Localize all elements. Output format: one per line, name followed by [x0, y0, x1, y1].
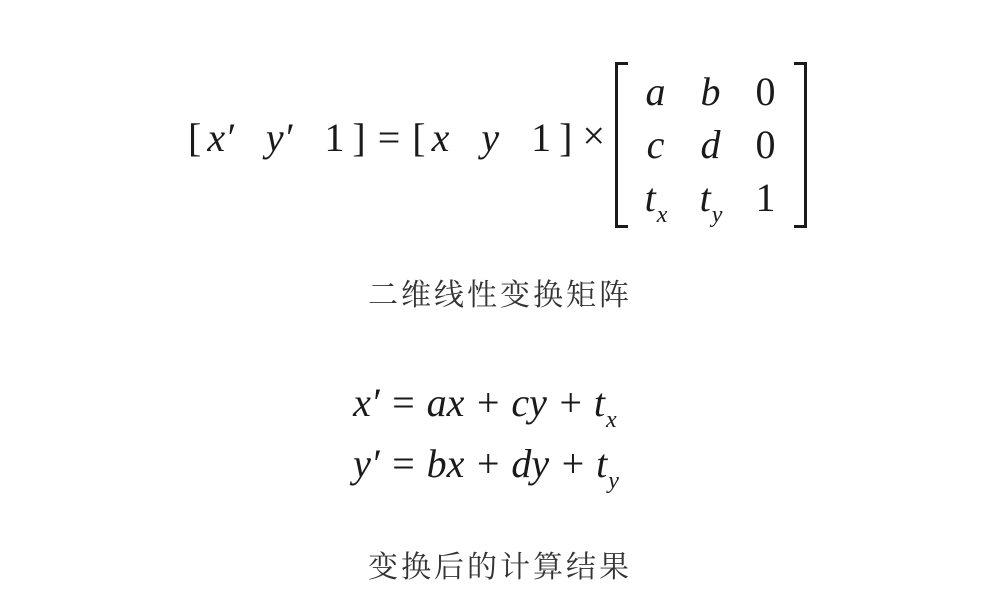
result-equations: x′ = ax + cy + tx y′ = bx + dy + ty	[353, 381, 619, 486]
lhs-element-y-prime: y′	[266, 116, 293, 160]
matrix-grid: a b 0 c d 0 tx ty 1	[628, 62, 794, 228]
multiplication-sign: ×	[582, 114, 605, 158]
lhs-element-x-prime: x′	[207, 116, 234, 160]
lhs-row-vector: [ x′ y′ 1 ]	[188, 116, 366, 160]
matrix-cell-d: d	[701, 123, 722, 167]
equation-body: x′ = ax + cy + t	[353, 380, 605, 425]
equation-subscript: x	[606, 407, 617, 433]
matrix-cell-a: a	[646, 70, 667, 114]
matrix-cell-c: c	[647, 123, 666, 167]
matrix-cell-zero: 0	[756, 123, 777, 167]
open-bracket: [	[188, 116, 201, 160]
close-bracket: ]	[559, 116, 572, 160]
matrix-cell-ty: ty	[700, 176, 723, 220]
lhs-element-one: 1	[324, 116, 344, 160]
matrix-caption: 二维线性变换矩阵	[0, 270, 1000, 314]
equation-body: y′ = bx + dy + t	[353, 441, 607, 486]
matrix-left-bracket	[615, 62, 628, 228]
matrix-cell-zero: 0	[756, 70, 777, 114]
rhs-row-vector: [ x y 1 ]	[412, 116, 572, 160]
matrix-cell-one: 1	[756, 176, 777, 220]
rhs-element-y: y	[481, 116, 499, 160]
equation-left-side: [ x′ y′ 1 ] = [ x y 1 ] ×	[188, 116, 615, 160]
rhs-element-one: 1	[531, 116, 551, 160]
matrix-cell-tx: tx	[645, 176, 668, 220]
matrix-equation: [ x′ y′ 1 ] = [ x y 1 ] × a b 0 c d 0 tx…	[188, 62, 807, 228]
matrix-right-bracket	[794, 62, 807, 228]
open-bracket: [	[412, 116, 425, 160]
equation-line-y-prime: y′ = bx + dy + ty	[353, 442, 619, 486]
transformation-matrix: a b 0 c d 0 tx ty 1	[615, 62, 807, 228]
equals-sign: =	[378, 116, 401, 160]
rhs-element-x: x	[432, 116, 450, 160]
close-bracket: ]	[352, 116, 365, 160]
matrix-cell-b: b	[701, 70, 722, 114]
result-caption: 变换后的计算结果	[0, 542, 1000, 586]
equation-subscript: y	[608, 468, 619, 494]
equation-line-x-prime: x′ = ax + cy + tx	[353, 381, 617, 425]
formula-page: { "page": { "background_color": "#ffffff…	[0, 0, 1000, 598]
